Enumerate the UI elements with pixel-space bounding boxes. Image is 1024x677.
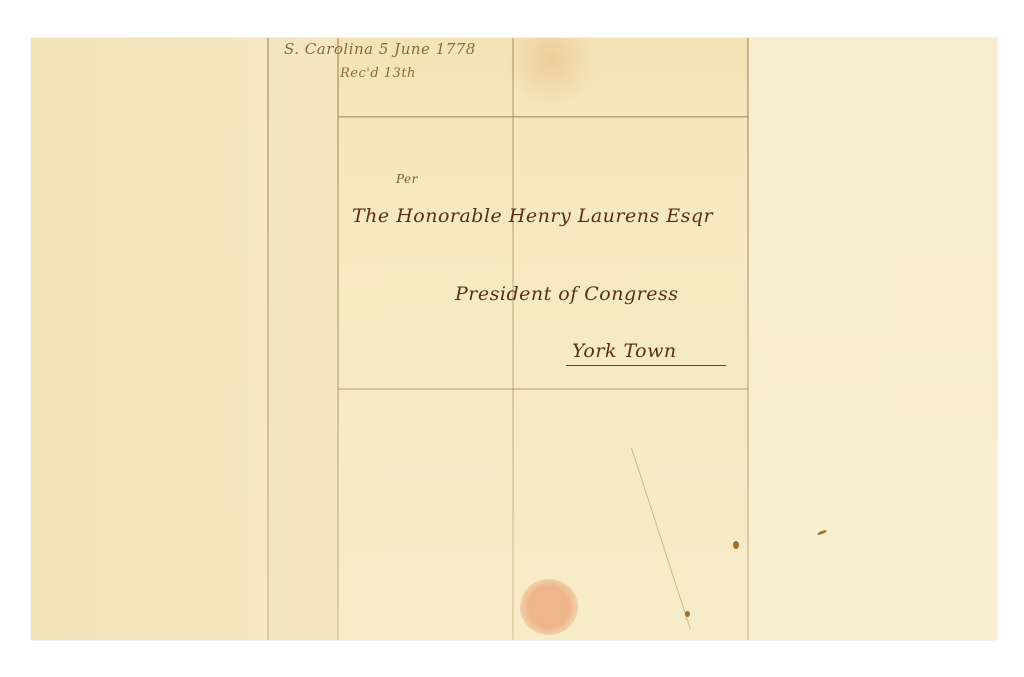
address-line-2: President of Congress [455,283,678,305]
left-panel [31,38,268,640]
letter-sheet [31,38,997,640]
docket-line-1: S. Carolina 5 June 1778 [284,40,476,58]
address-line-3: York Town [572,340,677,362]
address-line-1: The Honorable Henry Laurens Esqr [352,205,713,227]
wax-seal [520,579,578,635]
ink-spot [685,611,690,617]
inner-fold-panel [268,38,338,640]
top-stain [506,38,596,108]
ink-spot [733,541,739,549]
address-prefix: Per [396,172,418,186]
docket-line-2: Rec'd 13th [340,66,416,81]
right-panel [748,38,997,640]
address-box [338,116,748,389]
address-underline [566,365,726,366]
fold-line-1 [267,38,269,640]
